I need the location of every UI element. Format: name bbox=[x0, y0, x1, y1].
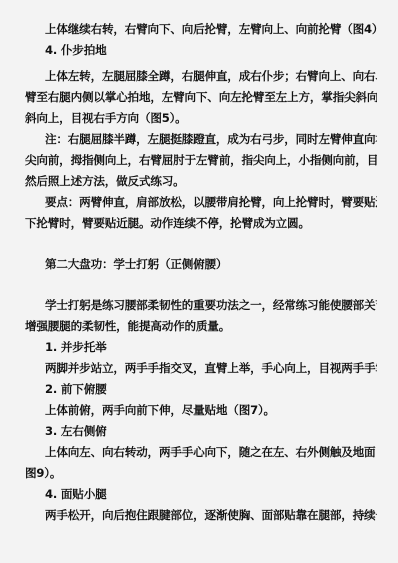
text-line: 注：右腿屈膝半蹲，左腿挺膝蹬直，成为右弓步，同时左臂伸直向右摆，指 bbox=[45, 132, 377, 146]
text-line: 要点：两臂伸直，肩部放松，以腰带肩抡臂，向上抡臂时，臂要贴近耳，向 bbox=[45, 195, 377, 209]
section-heading: 1. 并步托举 bbox=[45, 340, 377, 354]
document-page: 上体继续右转，右臂向下、向后抡臂，左臂向上、向前抡臂（图4）。4. 仆步拍地上体… bbox=[0, 0, 398, 563]
text-line: 下抡臂时，臂要贴近腿。动作连续不停，抡臂成为立圆。 bbox=[25, 216, 377, 230]
text-line: 然后照上述方法，做反式练习。 bbox=[25, 174, 377, 188]
text-line: 斜向上，目视右手方向（图5）。 bbox=[25, 111, 377, 125]
text-line: 上体左转，左腿屈膝全蹲，右腿伸直，成右仆步；右臂向上、向右、向下抡 bbox=[45, 69, 377, 83]
text-line: 学士打躬是练习腰部柔韧性的重要功法之一，经常练习能使腰部关节灵活， bbox=[45, 298, 377, 312]
text-line: 两脚并步站立，两手手指交叉，直臂上举，手心向上，目视两手手掌（图6）。 bbox=[45, 361, 377, 375]
text-line: 增强腰腿的柔韧性，能提高动作的质量。 bbox=[25, 319, 377, 333]
text-line: 上体向左、向右转动，两手手心向下，随之在左、右外侧触及地面（图8， bbox=[45, 445, 377, 459]
section-heading: 4. 面贴小腿 bbox=[45, 487, 377, 501]
text-line: 上体继续右转，右臂向下、向后抡臂，左臂向上、向前抡臂（图4）。 bbox=[45, 22, 377, 36]
text-line: 尖向前，拇指侧向上，右臂屈肘于左臂前，指尖向上，小指侧向前，目视正前方。 bbox=[25, 153, 377, 167]
section-heading: 第二大盘功：学士打躬（正侧俯腰） bbox=[45, 257, 377, 271]
section-heading: 2. 前下俯腰 bbox=[45, 382, 377, 396]
section-heading: 4. 仆步拍地 bbox=[45, 43, 377, 57]
text-line: 两手松开，向后抱住跟腱部位，逐渐使胸、面部贴靠在腿部，持续一定时间 bbox=[45, 508, 377, 522]
section-heading: 3. 左右侧俯 bbox=[45, 424, 377, 438]
text-line: 图9）。 bbox=[25, 466, 377, 480]
text-line: 上体前俯，两手向前下伸，尽量贴地（图7）。 bbox=[45, 403, 377, 417]
text-line: 臂至右腿内侧以掌心拍地，左臂向下、向左抡臂至左上方，掌指尖斜向后，拇指 bbox=[25, 90, 377, 104]
